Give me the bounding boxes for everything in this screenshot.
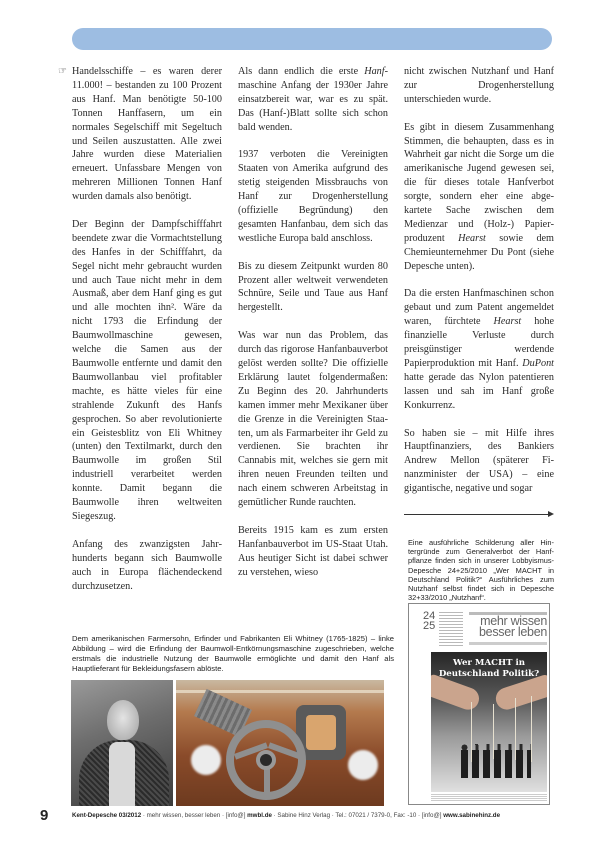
website-link[interactable]: mwbl.de	[247, 812, 272, 819]
portrait-head	[107, 700, 139, 740]
arrow-right-icon	[404, 514, 552, 515]
paragraph: Handelsschiffe – es waren de­rer 11.000!…	[72, 65, 222, 204]
puppeteer-hand-left	[431, 673, 482, 712]
paragraph: Anfang des zwanzigsten Jahr­hunderts beg…	[72, 538, 222, 594]
issue-number-bottom: 25	[423, 621, 435, 631]
text: maschine Anfang der 1930er Jahre einsatz…	[238, 80, 388, 133]
article-column-1: Handelsschiffe – es waren de­rer 11.000!…	[72, 65, 222, 607]
header-bar	[72, 28, 552, 50]
people-silhouettes	[461, 750, 531, 778]
emphasis: Hanf-	[364, 66, 388, 77]
paragraph: Es gibt in diesem Zusammen­hang Stimmen,…	[404, 121, 554, 274]
text: hatte gerade das Nylon patentieren lasse…	[404, 372, 554, 411]
emphasis: DuPont	[522, 358, 554, 369]
depesche-cover-image: 24 25 mehr wissen besser leben Wer MACHT…	[408, 603, 550, 805]
cover-masthead: mehr wissen besser leben	[469, 616, 547, 638]
paragraph: Da die ersten Hanfmaschinen schon gebaut…	[404, 287, 554, 412]
page-footer: Kent-Depesche 03/2012 · mehr wissen, bes…	[72, 812, 562, 819]
issue-number: 24 25	[423, 611, 435, 631]
text: Als dann endlich die erste	[238, 66, 364, 77]
side-caption: Eine ausführliche Schilderung aller Hin­…	[408, 538, 554, 602]
pointing-hand-icon: ☞	[58, 66, 72, 78]
cover-photo: Wer MACHT in Deutschland Politik?	[431, 652, 547, 792]
cotton-gin-image	[176, 680, 384, 806]
article-column-2: Als dann endlich die erste Hanf-maschine…	[238, 65, 388, 593]
page-number: 9	[40, 807, 48, 824]
paragraph: Als dann endlich die erste Hanf-maschine…	[238, 65, 388, 135]
masthead-line: besser leben	[469, 627, 547, 638]
portrait-shirt	[109, 742, 135, 806]
paragraph: Der Beginn der Dampfschiff­fahrt beendet…	[72, 218, 222, 524]
emphasis: Hearst	[494, 316, 522, 327]
paragraph: Was war nun das Problem, das durch das r…	[238, 329, 388, 510]
cotton-tuft	[191, 745, 221, 775]
puppeteer-hand-right	[493, 674, 547, 713]
website-link[interactable]: www.sabinehinz.de	[443, 812, 500, 819]
cover-headline: Wer MACHT in Deutschland Politik?	[431, 658, 547, 679]
paragraph: 1937 verboten die Vereinigten Staaten vo…	[238, 148, 388, 245]
publication-name: Kent-Depesche 03/2012	[72, 812, 141, 819]
issue-info-text	[439, 612, 463, 646]
emphasis: Hearst	[458, 233, 486, 244]
paragraph: So haben sie – mit Hilfe ihres Hauptfina…	[404, 427, 554, 497]
masthead-rule	[469, 642, 547, 645]
cover-footer-text	[431, 794, 547, 802]
puppet-string	[531, 696, 532, 762]
footer-text: · mehr wissen, besser leben · [info@]	[141, 812, 247, 819]
drum-wood	[306, 715, 336, 750]
article-column-3: nicht zwischen Nutzhanf und Hanf zur Dro…	[404, 65, 554, 510]
paragraph: Bereits 1915 kam es zum ersten Hanfanbau…	[238, 524, 388, 580]
paragraph: nicht zwischen Nutzhanf und Hanf zur Dro…	[404, 65, 554, 107]
image-caption: Dem amerikanischen Farmersohn, Erfinder …	[72, 634, 394, 674]
paragraph: Bis zu diesem Zeitpunkt wur­den 80 Proze…	[238, 260, 388, 316]
footer-text: · Sabine Hinz Verlag · Tel.: 07021 / 737…	[272, 812, 443, 819]
text: Es gibt in diesem Zusammen­hang Stimmen,…	[404, 122, 554, 244]
wheel-hub	[256, 750, 276, 770]
eli-whitney-portrait-image	[71, 680, 173, 806]
cotton-tuft	[348, 750, 378, 780]
